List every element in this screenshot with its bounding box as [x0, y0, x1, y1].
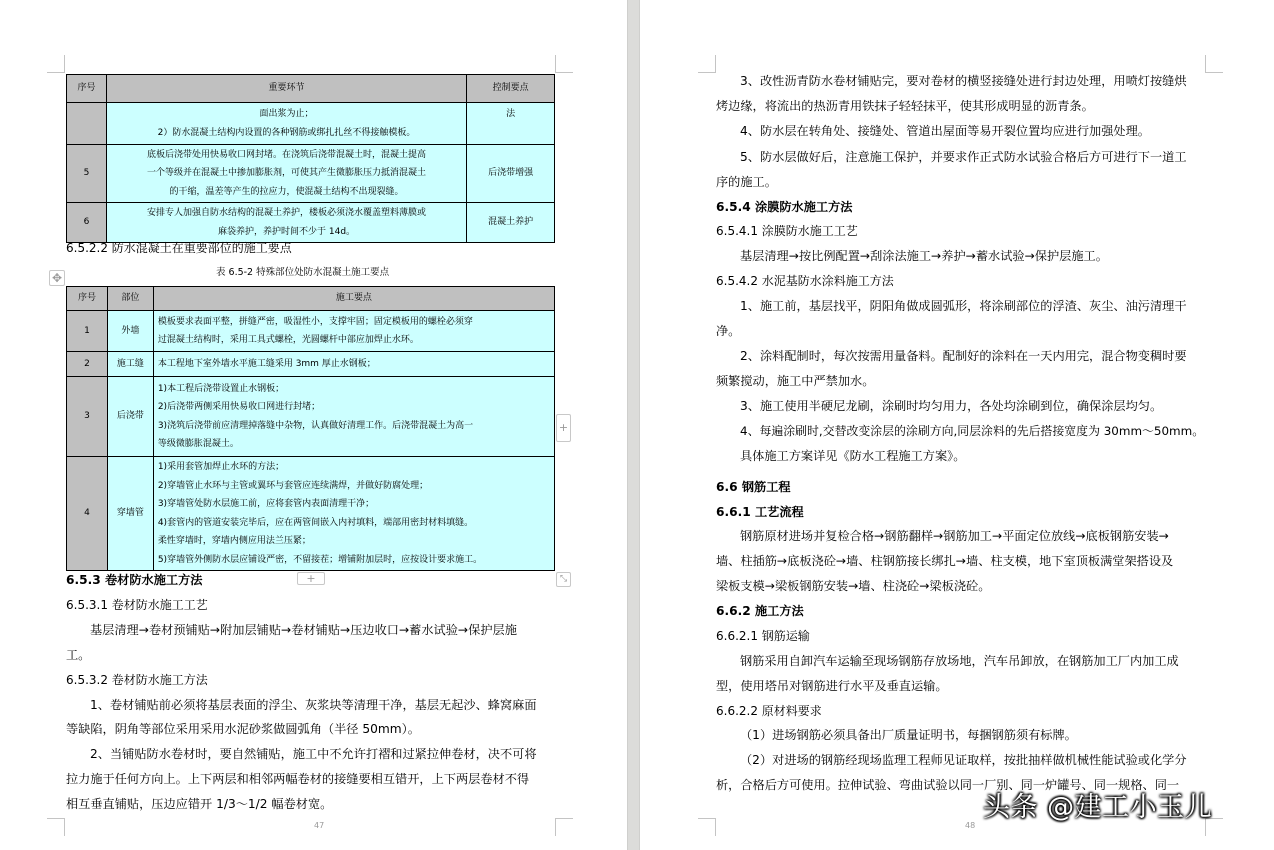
- cell-line: 安排专人加强自防水结构的混凝土养护，楼板必须浇水覆盖塑料薄膜或: [107, 204, 466, 223]
- paragraph-line: 4、每遍涂刷时,交替改变涂层的涂刷方向,同层涂料的先后搭接宽度为 30mm～50…: [740, 422, 1204, 439]
- header-no: 序号: [67, 75, 107, 103]
- header-points: 施工要点: [153, 287, 554, 311]
- heading-662: 6.6.2 施工方法: [716, 602, 804, 619]
- cell-line: 的干缩，温差等产生的拉应力，使混凝土结构不出现裂缝。: [107, 183, 466, 202]
- cell-line: 2)穿墙管止水环与主管或翼环与套管应连续满焊，并做好防腐处理；: [158, 477, 550, 496]
- cell-line: 3)浇筑后浇带前应清理掉落缝中杂物，认真做好清理工作。后浇带混凝土为高一: [158, 417, 550, 436]
- cell-no: 1: [67, 311, 108, 352]
- paragraph-line: 相互垂直铺贴，压边应错开 1/3～1/2 幅卷材宽。: [66, 795, 332, 812]
- heading-654: 6.5.4 涂膜防水施工方法: [716, 198, 852, 215]
- margin-corner-top-right: [555, 55, 573, 73]
- cell-control: 法: [467, 103, 555, 145]
- subheading-6522: 6.5.2.2 防水混凝土在重要部位的施工要点: [66, 239, 292, 256]
- paragraph-line: 净。: [716, 322, 740, 339]
- cell-line: 1)采用套管加焊止水环的方法；: [158, 458, 550, 477]
- cell-line: 等级微膨胀混凝土。: [158, 435, 550, 454]
- cell-points: 模板要求表面平整，拼缝严密，吸湿性小，支撑牢固；固定模板用的螺栓必须穿 过混凝土…: [153, 311, 554, 352]
- table-row: 2 施工缝 本工程地下室外墙水平施工缝采用 3mm 厚止水钢板；: [67, 352, 555, 377]
- subheading-6621: 6.6.2.1 钢筋运输: [716, 627, 810, 644]
- subheading-6541: 6.5.4.1 涂膜防水施工工艺: [716, 222, 858, 239]
- table-row: 1 外墙 模板要求表面平整，拼缝严密，吸湿性小，支撑牢固；固定模板用的螺栓必须穿…: [67, 311, 555, 352]
- table-row: 面出浆为止； 2）防水混凝土结构内设置的各种钢筋或绑扎扎丝不得接触模板。 法: [67, 103, 555, 145]
- add-row-button[interactable]: +: [297, 572, 325, 585]
- table-move-handle[interactable]: ✥: [49, 270, 65, 286]
- cell-control: 后浇带增强: [467, 145, 555, 203]
- plus-icon: +: [306, 572, 315, 585]
- cell-step: 安排专人加强自防水结构的混凝土养护，楼板必须浇水覆盖塑料薄膜或 麻袋养护，养护时…: [106, 203, 466, 243]
- cell-line: 模板要求表面平整，拼缝严密，吸湿性小，支撑牢固；固定模板用的螺栓必须穿: [158, 313, 550, 332]
- cell-step: 底板后浇带处用快易收口网封堵。在浇筑后浇带混凝土时，混凝土提高 一个等级并在混凝…: [106, 145, 466, 203]
- cell-no: [67, 103, 107, 145]
- cell-line: 过混凝土结构时，采用工具式螺栓，光圆螺杆中部应加焊止水环。: [158, 331, 550, 350]
- cell-line: 柔性穿墙时，穿墙内侧应用法兰压紧；: [158, 532, 550, 551]
- paragraph-line: 拉力施于任何方向上。上下两层和相邻两幅卷材的接缝要相互错开，上下两层卷材不得: [66, 770, 529, 787]
- cell-line: 2）防水混凝土结构内设置的各种钢筋或绑扎扎丝不得接触模板。: [107, 124, 466, 143]
- table-row: 3 后浇带 1)本工程后浇带设置止水钢板； 2)后浇带两侧采用快易收口网进行封堵…: [67, 377, 555, 457]
- paragraph-line: 墙、柱插筋→底板浇砼→墙、柱钢筋接长绑扎→墙、柱支模，地下室顶板满堂架搭设及: [716, 552, 1173, 569]
- cell-control: 混凝土养护: [467, 203, 555, 243]
- paragraph-line: 型，使用塔吊对钢筋进行水平及垂直运输。: [716, 677, 948, 694]
- page-48: 3、改性沥青防水卷材铺贴完，要对卷材的横竖接缝处进行封边处理，用喷灯按缝烘 烤边…: [640, 0, 1274, 850]
- paragraph-line: 1、卷材铺贴前必须将基层表面的浮尘、灰浆块等清理干净，基层无起沙、蜂窝麻面: [90, 696, 537, 713]
- paragraph-line: 序的施工。: [716, 173, 777, 190]
- page-gap: [627, 0, 640, 850]
- header-step: 重要环节: [106, 75, 466, 103]
- header-part: 部位: [107, 287, 153, 311]
- cell-part: 施工缝: [107, 352, 153, 377]
- subheading-6542: 6.5.4.2 水泥基防水涂料施工方法: [716, 272, 894, 289]
- cell-points: 1)本工程后浇带设置止水钢板； 2)后浇带两侧采用快易收口网进行封堵； 3)浇筑…: [153, 377, 554, 457]
- margin-corner-bottom-left: [698, 818, 716, 836]
- cell-no: 4: [67, 457, 108, 571]
- cell-line: 一个等级并在混凝土中掺加膨胀剂，可使其产生微膨胀压力抵消混凝土: [107, 164, 466, 183]
- table-key-steps: 序号 重要环节 控制要点 面出浆为止； 2）防水混凝土结构内设置的各种钢筋或绑扎…: [66, 74, 555, 243]
- heading-653: 6.5.3 卷材防水施工方法: [66, 571, 202, 588]
- margin-corner-top-left: [47, 55, 65, 73]
- cell-line: 5)穿墙管外侧防水层应铺设严密，不留接茬；增铺附加层时，应按设计要求施工。: [158, 551, 550, 570]
- paragraph-line: 1、施工前，基层找平，阴阳角做成圆弧形，将涂刷部位的浮渣、灰尘、油污清理干: [740, 297, 1187, 314]
- paragraph-line: 等缺陷，阴角等部位采用采用水泥砂浆做圆弧角（半径 50mm）。: [66, 720, 420, 737]
- paragraph-line: 钢筋原材进场并复检合格→钢筋翻样→钢筋加工→平面定位放线→底板钢筋安装→: [740, 527, 1169, 544]
- page-number: 47: [314, 821, 324, 830]
- table-row: 4 穿墙管 1)采用套管加焊止水环的方法； 2)穿墙管止水环与主管或翼环与套管应…: [67, 457, 555, 571]
- margin-corner-top-right: [1205, 55, 1223, 73]
- paragraph-line: （1）进场钢筋必须具备出厂质量证明书，每捆钢筋须有标牌。: [740, 726, 1077, 743]
- move-icon: ✥: [52, 271, 62, 285]
- paragraph-line: 2、当铺贴防水卷材时，要自然铺贴，施工中不允许打褶和过紧拉伸卷材，决不可将: [90, 745, 537, 762]
- page-number: 48: [965, 821, 975, 830]
- subheading-6531: 6.5.3.1 卷材防水施工工艺: [66, 596, 208, 613]
- margin-corner-bottom-left: [47, 818, 65, 836]
- paragraph-line: 频繁搅动，施工中严禁加水。: [716, 372, 874, 389]
- table-resize-handle[interactable]: ⤡: [556, 572, 571, 587]
- paragraph-line: （2）对进场的钢筋经现场监理工程师见证取样，按批抽样做机械性能试验或化学分: [740, 751, 1187, 768]
- watermark: 头条 @建工小玉儿: [983, 785, 1212, 824]
- paragraph-line: 2、涂料配制时，每次按需用量备料。配制好的涂料在一天内用完，混合物变稠时要: [740, 347, 1187, 364]
- subheading-6622: 6.6.2.2 原材料要求: [716, 702, 822, 719]
- cell-line: 本工程地下室外墙水平施工缝采用 3mm 厚止水钢板；: [158, 355, 550, 374]
- paragraph-line: 烤边缘，将流出的热沥青用铁抹子轻轻抹平，使其形成明显的沥青条。: [716, 97, 1094, 114]
- paragraph-line: 钢筋采用自卸汽车运输至现场钢筋存放场地，汽车吊卸放，在钢筋加工厂内加工成: [740, 652, 1179, 669]
- paragraph-line: 3、施工使用半硬尼龙刷，涂刷时均匀用力，各处均涂刷到位，确保涂层均匀。: [740, 397, 1162, 414]
- resize-icon: ⤡: [560, 574, 567, 584]
- margin-corner-bottom-right: [555, 818, 573, 836]
- table-caption: 表 6.5-2 特殊部位处防水混凝土施工要点: [216, 264, 389, 278]
- subheading-6532: 6.5.3.2 卷材防水施工方法: [66, 671, 208, 688]
- cell-part: 后浇带: [107, 377, 153, 457]
- cell-no: 6: [67, 203, 107, 243]
- cell-line: 面出浆为止；: [107, 105, 466, 124]
- paragraph-line: 5、防水层做好后，注意施工保护，并要求作正式防水试验合格后方可进行下一道工: [740, 148, 1187, 165]
- heading-66: 6.6 钢筋工程: [716, 478, 791, 495]
- paragraph-line: 基层清理→按比例配置→刮涂法施工→养护→蓄水试验→保护层施工。: [740, 247, 1108, 264]
- paragraph-line: 梁板支模→梁板钢筋安装→墙、柱浇砼→梁板浇砼。: [716, 577, 990, 594]
- cell-line: 底板后浇带处用快易收口网封堵。在浇筑后浇带混凝土时，混凝土提高: [107, 146, 466, 165]
- table-row: 5 底板后浇带处用快易收口网封堵。在浇筑后浇带混凝土时，混凝土提高 一个等级并在…: [67, 145, 555, 203]
- table-special-parts: 序号 部位 施工要点 1 外墙 模板要求表面平整，拼缝严密，吸湿性小，支撑牢固；…: [66, 286, 555, 571]
- paragraph-line: 具体施工方案详见《防水工程施工方案》。: [740, 447, 965, 464]
- paragraph-line: 基层清理→卷材预铺贴→附加层铺贴→卷材铺贴→压边收口→蓄水试验→保护层施: [90, 621, 517, 638]
- header-control: 控制要点: [467, 75, 555, 103]
- plus-icon: +: [559, 421, 568, 434]
- cell-no: 5: [67, 145, 107, 203]
- cell-part: 穿墙管: [107, 457, 153, 571]
- paragraph-line: 3、改性沥青防水卷材铺贴完，要对卷材的横竖接缝处进行封边处理，用喷灯按缝烘: [740, 72, 1187, 89]
- cell-step: 面出浆为止； 2）防水混凝土结构内设置的各种钢筋或绑扎扎丝不得接触模板。: [106, 103, 466, 145]
- table-header-row: 序号 部位 施工要点: [67, 287, 555, 311]
- cell-no: 3: [67, 377, 108, 457]
- cell-line: 1)本工程后浇带设置止水钢板；: [158, 380, 550, 399]
- paragraph-line: 工。: [66, 646, 90, 663]
- header-no: 序号: [67, 287, 108, 311]
- cell-points: 1)采用套管加焊止水环的方法； 2)穿墙管止水环与主管或翼环与套管应连续满焊，并…: [153, 457, 554, 571]
- margin-corner-top-left: [698, 55, 716, 73]
- cell-line: 3)穿墙管处防水层施工前，应将套管内表面清理干净；: [158, 495, 550, 514]
- cell-line: 2)后浇带两侧采用快易收口网进行封堵；: [158, 398, 550, 417]
- page-47: 序号 重要环节 控制要点 面出浆为止； 2）防水混凝土结构内设置的各种钢筋或绑扎…: [0, 0, 627, 850]
- cell-part: 外墙: [107, 311, 153, 352]
- cell-points: 本工程地下室外墙水平施工缝采用 3mm 厚止水钢板；: [153, 352, 554, 377]
- table-header-row: 序号 重要环节 控制要点: [67, 75, 555, 103]
- table-row: 6 安排专人加强自防水结构的混凝土养护，楼板必须浇水覆盖塑料薄膜或 麻袋养护，养…: [67, 203, 555, 243]
- paragraph-line: 4、防水层在转角处、接缝处、管道出屋面等易开裂位置均应进行加强处理。: [740, 122, 1150, 139]
- heading-661: 6.6.1 工艺流程: [716, 503, 804, 520]
- cell-no: 2: [67, 352, 108, 377]
- add-column-button[interactable]: +: [556, 414, 571, 442]
- cell-line: 4)套管内的管道安装完毕后，应在两管间嵌入内衬填料，端部用密封材料填缝。: [158, 514, 550, 533]
